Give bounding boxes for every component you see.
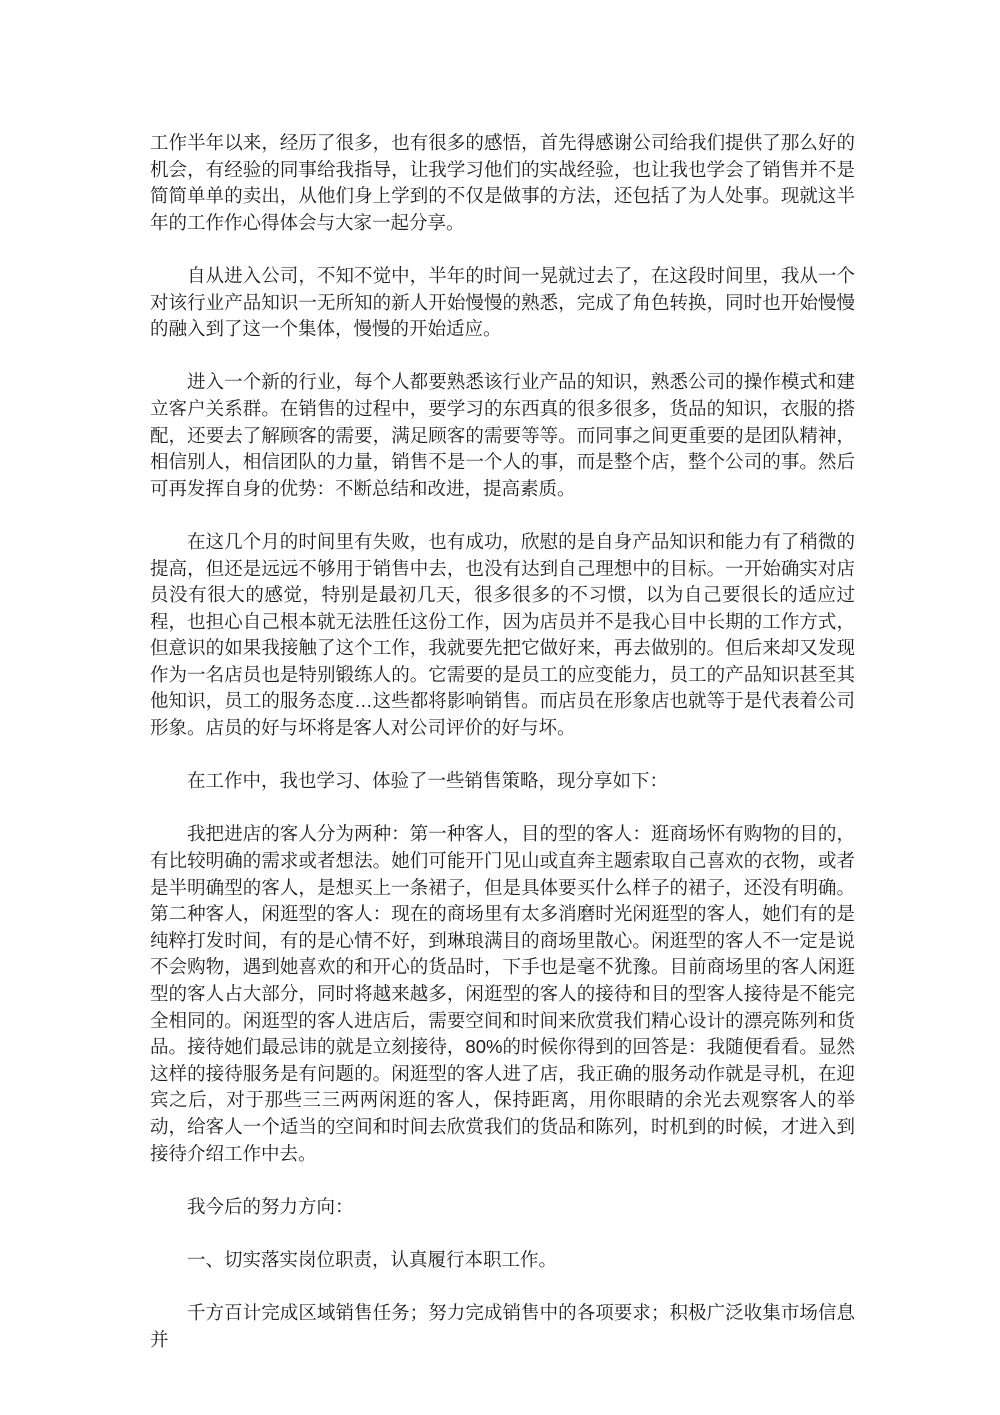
paragraph: 工作半年以来，经历了很多，也有很多的感悟，首先得感谢公司给我们提供了那么好的机会… (150, 130, 855, 236)
paragraph: 在这几个月的时间里有失败，也有成功，欣慰的是自身产品知识和能力有了稍微的提高，但… (150, 529, 855, 742)
paragraph: 自从进入公司，不知不觉中，半年的时间一晃就过去了，在这段时间里，我从一个对该行业… (150, 263, 855, 343)
paragraph: 千方百计完成区域销售任务；努力完成销售中的各项要求；积极广泛收集市场信息并 (150, 1300, 855, 1353)
paragraph: 在工作中，我也学习、体验了一些销售策略，现分享如下： (150, 768, 855, 795)
paragraph: 一、切实落实岗位职责，认真履行本职工作。 (150, 1247, 855, 1274)
document-page: 工作半年以来，经历了很多，也有很多的感悟，首先得感谢公司给我们提供了那么好的机会… (0, 0, 1000, 1415)
paragraph: 我把进店的客人分为两种：第一种客人，目的型的客人：逛商场怀有购物的目的，有比较明… (150, 821, 855, 1167)
paragraph: 我今后的努力方向： (150, 1194, 855, 1221)
paragraph: 进入一个新的行业，每个人都要熟悉该行业产品的知识，熟悉公司的操作模式和建立客户关… (150, 369, 855, 502)
document-body: 工作半年以来，经历了很多，也有很多的感悟，首先得感谢公司给我们提供了那么好的机会… (150, 130, 855, 1353)
